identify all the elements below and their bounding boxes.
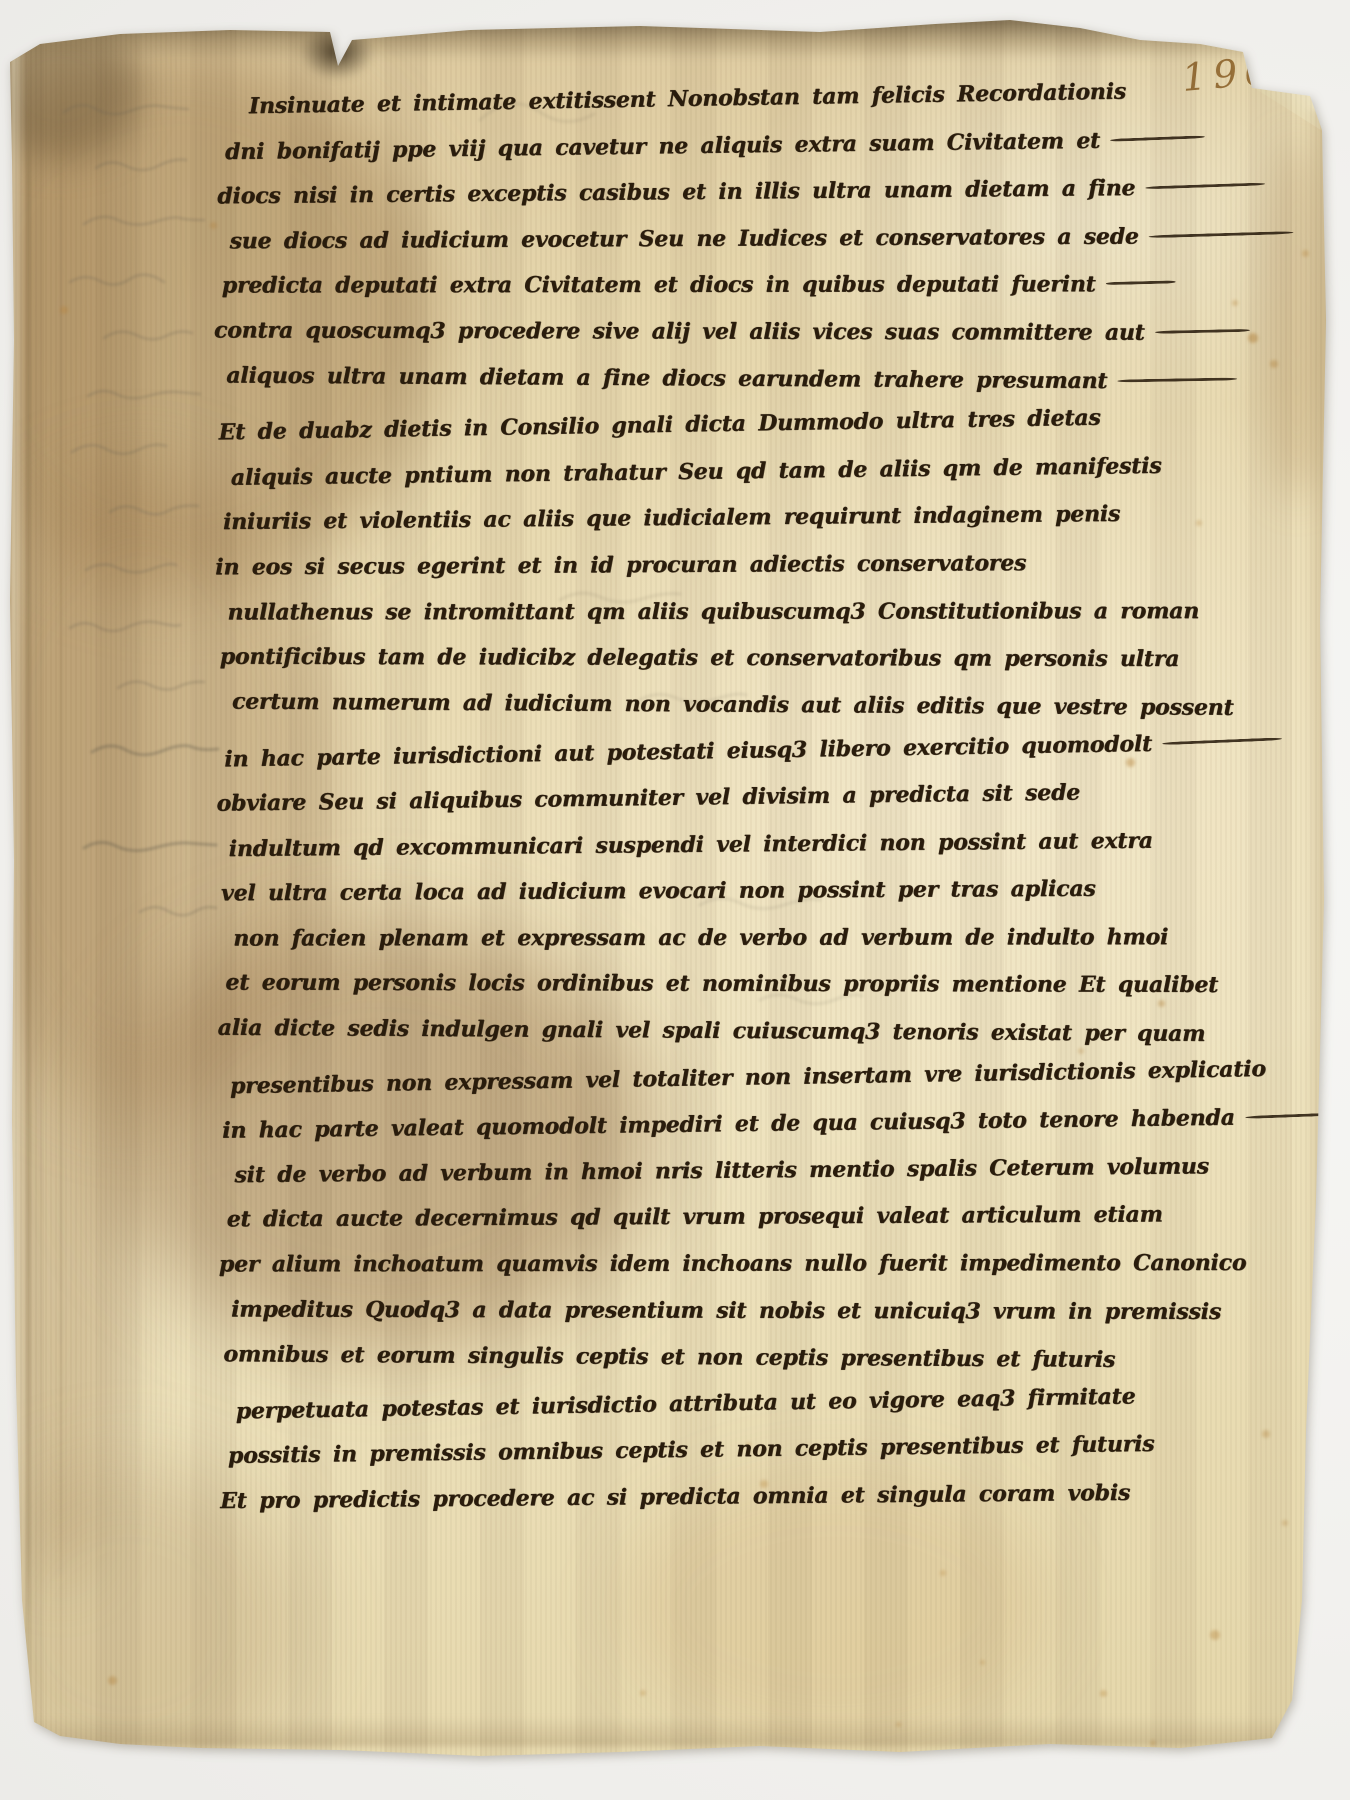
manuscript-line: Et de duabz dietis in Consilio gnali dic… <box>218 405 1100 446</box>
manuscript-line: aliquos ultra unam dietam a fine diocs e… <box>226 362 1237 394</box>
manuscript-line: Et pro predictis procedere ac si predict… <box>220 1480 1130 1514</box>
scan-background: 196 Insinuate et intimate extitissent No… <box>0 0 1350 1800</box>
text-block: Insinuate et intimate extitissent Nonobs… <box>0 0 1350 1800</box>
manuscript-line: obviare Seu si aliquibus communiter vel … <box>216 780 1080 817</box>
manuscript-line: in hac parte iurisdictioni aut potestati… <box>224 729 1282 773</box>
manuscript-line: aliquis aucte pntium non trahatur Seu qd… <box>231 453 1162 491</box>
manuscript-line: non facien plenam et expressam ac de ver… <box>233 924 1168 951</box>
manuscript-line: contra quoscumq3 procedere sive alij vel… <box>214 317 1250 346</box>
line-end-flourish <box>1155 329 1250 334</box>
manuscript-line: dni bonifatij ppe viij qua cavetur ne al… <box>225 126 1205 165</box>
line-end-flourish <box>1245 1112 1350 1119</box>
manuscript-line: diocs nisi in certis exceptis casibus et… <box>217 174 1265 210</box>
manuscript-line: perpetuata potestas et iurisdictio attri… <box>235 1383 1135 1424</box>
manuscript-line: sit de verbo ad verbum in hmoi nris litt… <box>234 1153 1209 1188</box>
paper-wrap: 196 Insinuate et intimate extitissent No… <box>0 0 1350 1800</box>
line-end-flourish <box>1106 281 1176 286</box>
line-end-flourish <box>1110 135 1205 142</box>
manuscript-line: iniuriis et violentiis ac aliis que iudi… <box>223 501 1120 535</box>
manuscript-line: et dicta aucte decernimus qd quilt vrum … <box>227 1202 1163 1233</box>
manuscript-line: sue diocs ad iudicium evocetur Seu ne Iu… <box>229 223 1293 255</box>
manuscript-line: certum numerum ad iudicium non vocandis … <box>232 688 1234 720</box>
manuscript-line: pontificibus tam de iudicibz delegatis e… <box>220 644 1180 672</box>
manuscript-line: nullathenus se intromittant qm aliis qui… <box>227 598 1199 625</box>
manuscript-line: impeditus Quodq3 a data presentium sit n… <box>231 1296 1221 1324</box>
manuscript-line: possitis in premissis omnibus ceptis et … <box>228 1431 1155 1469</box>
manuscript-line: vel ultra certa loca ad iudicium evocari… <box>221 876 1096 907</box>
line-end-flourish <box>1145 183 1265 190</box>
line-end-flourish <box>1117 377 1237 382</box>
line-end-flourish <box>1149 231 1294 238</box>
manuscript-line: alia dicte sedis indulgen gnali vel spal… <box>218 1015 1206 1047</box>
manuscript-line: in hac parte valeat quomodolt impediri e… <box>222 1103 1350 1144</box>
manuscript-line: predicta deputati extra Civitatem et dio… <box>222 272 1176 299</box>
manuscript-line: indultum qd excommunicari suspendi vel i… <box>229 827 1153 861</box>
manuscript-line: per alium inchoatum quamvis idem inchoan… <box>219 1250 1246 1277</box>
manuscript-line: in eos si secus egerint et in id procura… <box>215 550 1026 580</box>
manuscript-page: 196 Insinuate et intimate extitissent No… <box>0 0 1350 1800</box>
manuscript-line: Insinuate et intimate extitissent Nonobs… <box>249 79 1127 120</box>
manuscript-line: omnibus et eorum singulis ceptis et non … <box>223 1341 1115 1373</box>
line-end-flourish <box>1162 738 1282 746</box>
manuscript-line: et eorum personis locis ordinibus et nom… <box>225 970 1218 998</box>
manuscript-line: presentibus non expressam vel totaliter … <box>230 1056 1266 1099</box>
